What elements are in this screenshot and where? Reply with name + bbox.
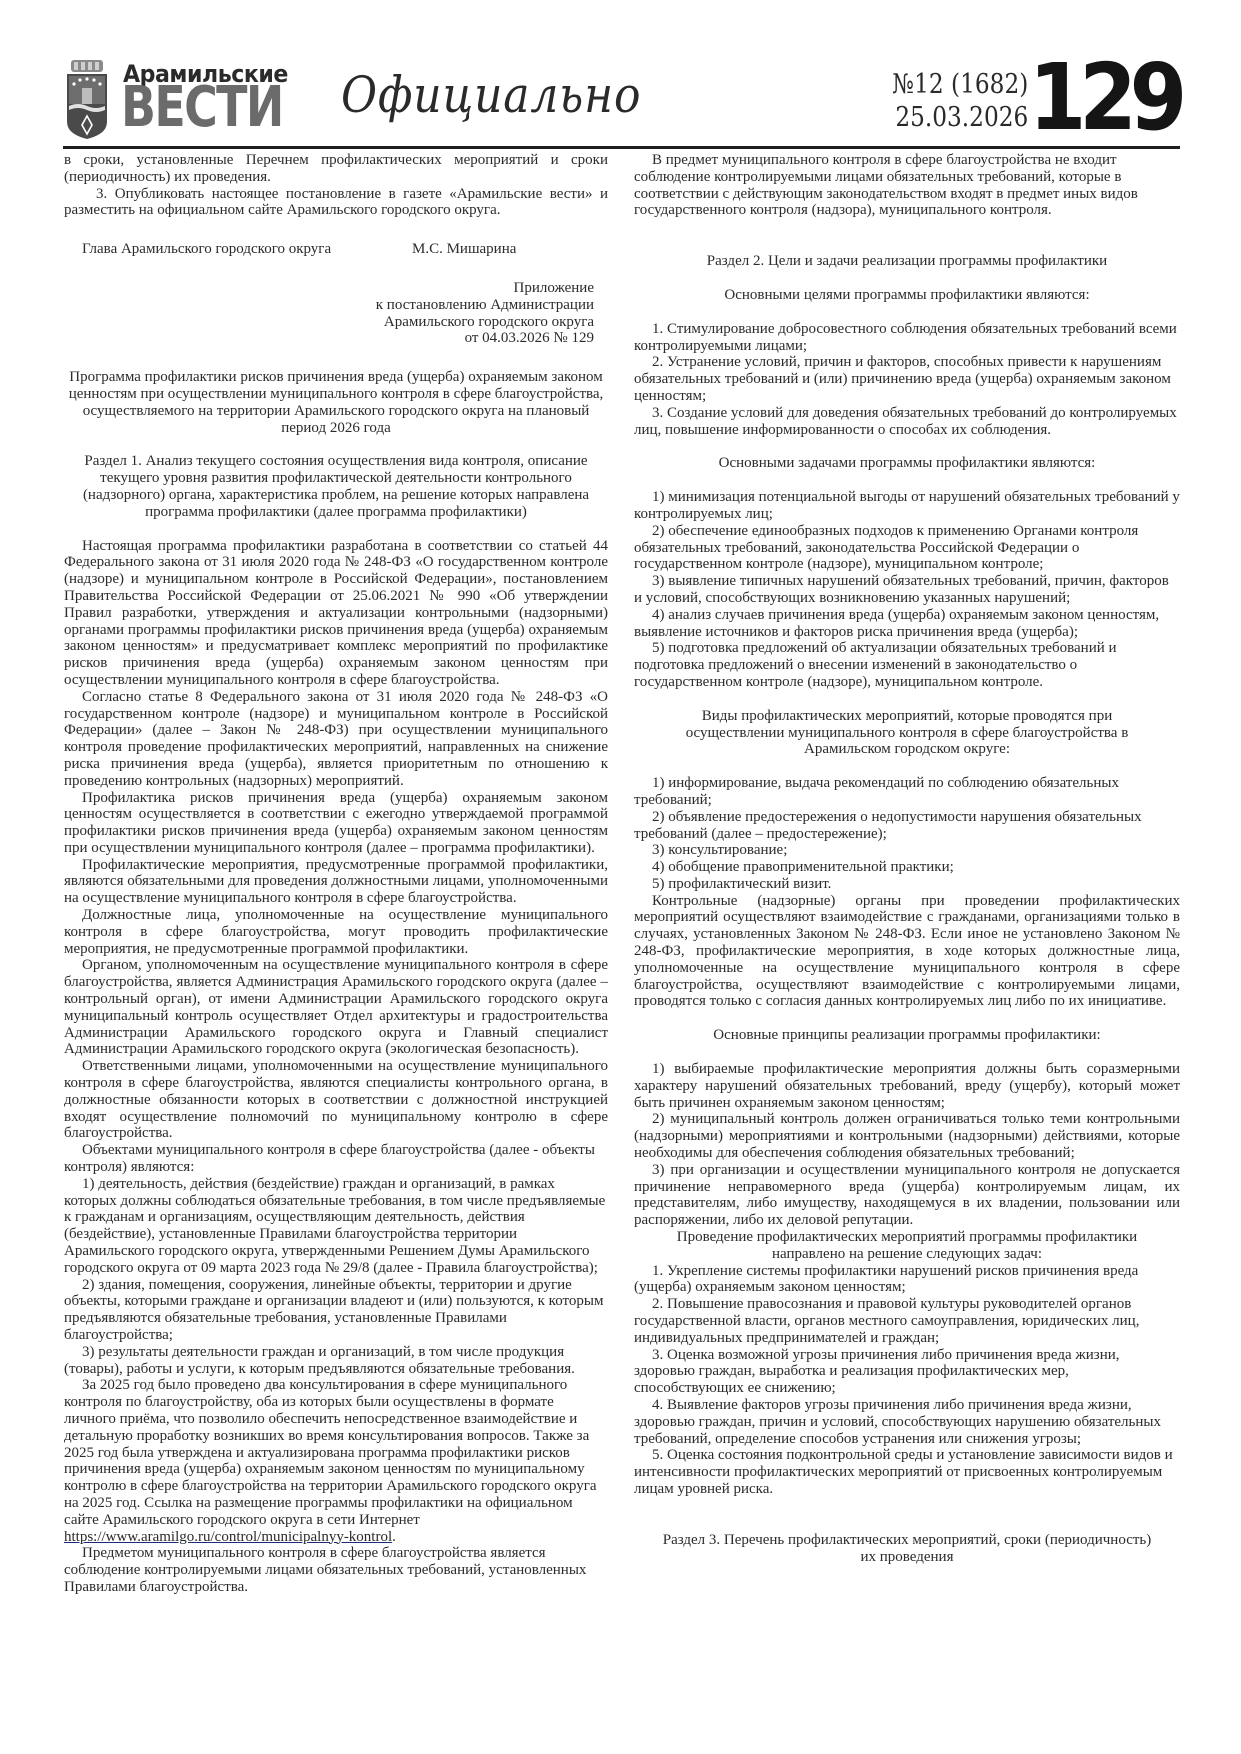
list-item: 2) обеспечение единообразных подходов к … (634, 523, 1180, 573)
newspaper-logo: Арамильские ВЕСТИ (63, 58, 303, 146)
section-1-title: Раздел 1. Анализ текущего состояния осущ… (64, 453, 608, 520)
list-item: 3) при организации и осуществлении муниц… (634, 1162, 1180, 1229)
list-item: 1. Укрепление системы профилактики наруш… (634, 1263, 1180, 1297)
list-item: 5) подготовка предложений об актуализаци… (634, 640, 1180, 690)
paragraph: Профилактика рисков причинения вреда (ущ… (64, 790, 608, 857)
appendix-line: Арамильского городского округа (64, 314, 594, 331)
appendix-line: к постановлению Администрации (64, 297, 594, 314)
appendix-block: Приложение к постановлению Администрации… (64, 280, 608, 347)
list-item: 2) объявление предостережения о недопуст… (634, 809, 1180, 843)
paragraph: Настоящая программа профилактики разрабо… (64, 538, 608, 689)
types-title: Виды профилактических мероприятий, котор… (634, 708, 1180, 758)
left-column: в сроки, установленные Перечнем профилак… (64, 152, 608, 1596)
page-number: 129 (1029, 52, 1180, 144)
punctuation: . (392, 1529, 396, 1545)
list-item: 4. Выявление факторов угрозы причинения … (634, 1397, 1180, 1447)
paragraph: За 2025 год было проведено два консульти… (64, 1377, 608, 1545)
consult-text: За 2025 год было проведено два консульти… (64, 1377, 597, 1527)
list-item: 5) профилактический визит. (634, 876, 1180, 893)
masthead: Арамильские ВЕСТИ Официально №12 (1682) … (63, 58, 1180, 146)
list-item: 3) результаты деятельности граждан и орг… (64, 1344, 608, 1378)
list-item: 2. Повышение правосознания и правовой ку… (634, 1296, 1180, 1346)
appendix-line: Приложение (64, 280, 594, 297)
objectives-title: Проведение профилактических мероприятий … (634, 1229, 1180, 1263)
intro-text: 3. Опубликовать настоящее постановление … (64, 186, 608, 220)
paragraph: Предметом муниципального контроля в сфер… (64, 1545, 608, 1595)
paragraph: Должностные лица, уполномоченные на осущ… (64, 907, 608, 957)
header-divider (63, 146, 1180, 149)
program-title: Программа профилактики рисков причинения… (64, 369, 608, 436)
goals-title: Основными целями программы профилактики … (634, 287, 1180, 304)
paragraph: Контрольные (надзорные) органы при прове… (634, 893, 1180, 1011)
city-coat-of-arms-icon (65, 60, 109, 140)
list-item: 1) деятельность, действия (бездействие) … (64, 1176, 608, 1277)
list-item: 3. Оценка возможной угрозы причинения ли… (634, 1347, 1180, 1397)
list-item: 1. Стимулирование добросовестного соблюд… (634, 321, 1180, 355)
paragraph: Органом, уполномоченным на осуществление… (64, 957, 608, 1058)
signature-line: Глава Арамильского городского округа М.С… (64, 241, 608, 258)
list-item: 5. Оценка состояния подконтрольной среды… (634, 1447, 1180, 1497)
list-item: 3) выявление типичных нарушений обязател… (634, 573, 1180, 607)
right-column: В предмет муниципального контроля в сфер… (634, 152, 1180, 1565)
logo-title: ВЕСТИ (121, 80, 283, 136)
principles-title: Основные принципы реализации программы п… (634, 1027, 1180, 1044)
list-item: 2) муниципальный контроль должен огранич… (634, 1111, 1180, 1161)
paragraph: Объектами муниципального контроля в сфер… (64, 1142, 608, 1176)
paragraph: В предмет муниципального контроля в сфер… (634, 152, 1180, 219)
section-3-title: Раздел 3. Перечень профилактических меро… (634, 1532, 1180, 1566)
paragraph: Ответственными лицами, уполномоченными н… (64, 1058, 608, 1142)
list-item: 4) анализ случаев причинения вреда (ущер… (634, 607, 1180, 641)
list-item: 1) информирование, выдача рекомендаций п… (634, 775, 1180, 809)
tasks-title: Основными задачами программы профилактик… (634, 455, 1180, 472)
list-item: 3. Создание условий для доведения обязат… (634, 405, 1180, 439)
section-2-title: Раздел 2. Цели и задачи реализации прогр… (634, 253, 1180, 270)
signature-position: Глава Арамильского городского округа (82, 241, 412, 258)
signature-name: М.С. Мишарина (412, 241, 516, 258)
list-item: 4) обобщение правоприменительной практик… (634, 859, 1180, 876)
list-item: 1) выбираемые профилактические мероприят… (634, 1061, 1180, 1111)
intro-text: в сроки, установленные Перечнем профилак… (64, 152, 608, 186)
issue-number: №12 (1682) (892, 68, 1028, 101)
section-title: Официально (341, 66, 641, 124)
program-link[interactable]: https://www.aramilgo.ru/control/municipa… (64, 1529, 392, 1545)
list-item: 3) консультирование; (634, 842, 1180, 859)
paragraph: Профилактические мероприятия, предусмотр… (64, 857, 608, 907)
issue-date: 25.03.2026 (892, 101, 1028, 134)
list-item: 1) минимизация потенциальной выгоды от н… (634, 489, 1180, 523)
appendix-line: от 04.03.2026 № 129 (64, 330, 594, 347)
paragraph: Согласно статье 8 Федерального закона от… (64, 689, 608, 790)
list-item: 2) здания, помещения, сооружения, линейн… (64, 1277, 608, 1344)
list-item: 2. Устранение условий, причин и факторов… (634, 354, 1180, 404)
issue-info: №12 (1682) 25.03.2026 (892, 68, 1028, 134)
